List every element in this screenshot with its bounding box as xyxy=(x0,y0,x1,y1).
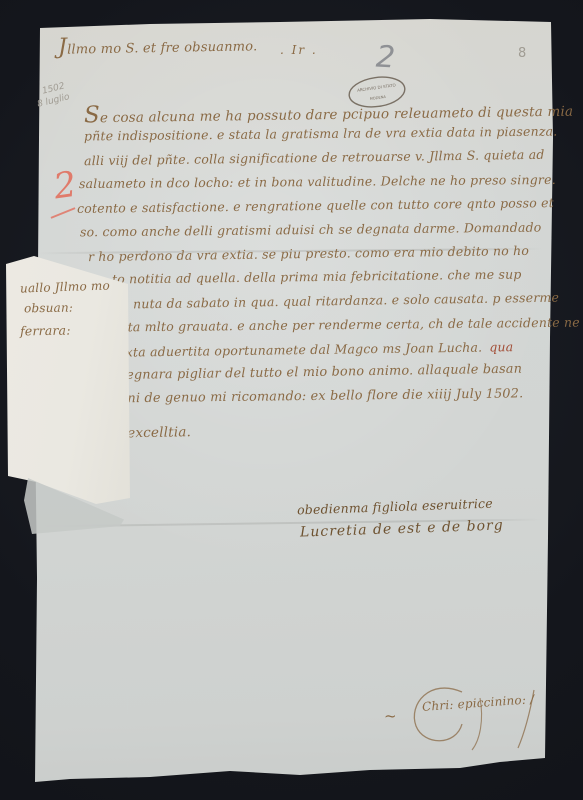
secretary-docket-mark: ~ xyxy=(384,708,397,725)
pencil-page-number: 2 xyxy=(375,40,396,76)
margin-docket-line: obsuan: xyxy=(24,302,73,316)
margin-docket-line: ferrara: xyxy=(20,324,71,339)
folio-number: 8 xyxy=(518,46,526,61)
manuscript-photo: ARCHIVIO DI STATO MODENA Jllmo mo S. et … xyxy=(0,0,583,800)
body-line-red-word: qua xyxy=(489,339,513,354)
archive-stamp-text-top: ARCHIVIO DI STATO xyxy=(357,82,396,92)
salutation: Jllmo mo S. et fre obsuanmo. xyxy=(58,31,258,59)
center-mark: . Ir . xyxy=(280,44,318,57)
